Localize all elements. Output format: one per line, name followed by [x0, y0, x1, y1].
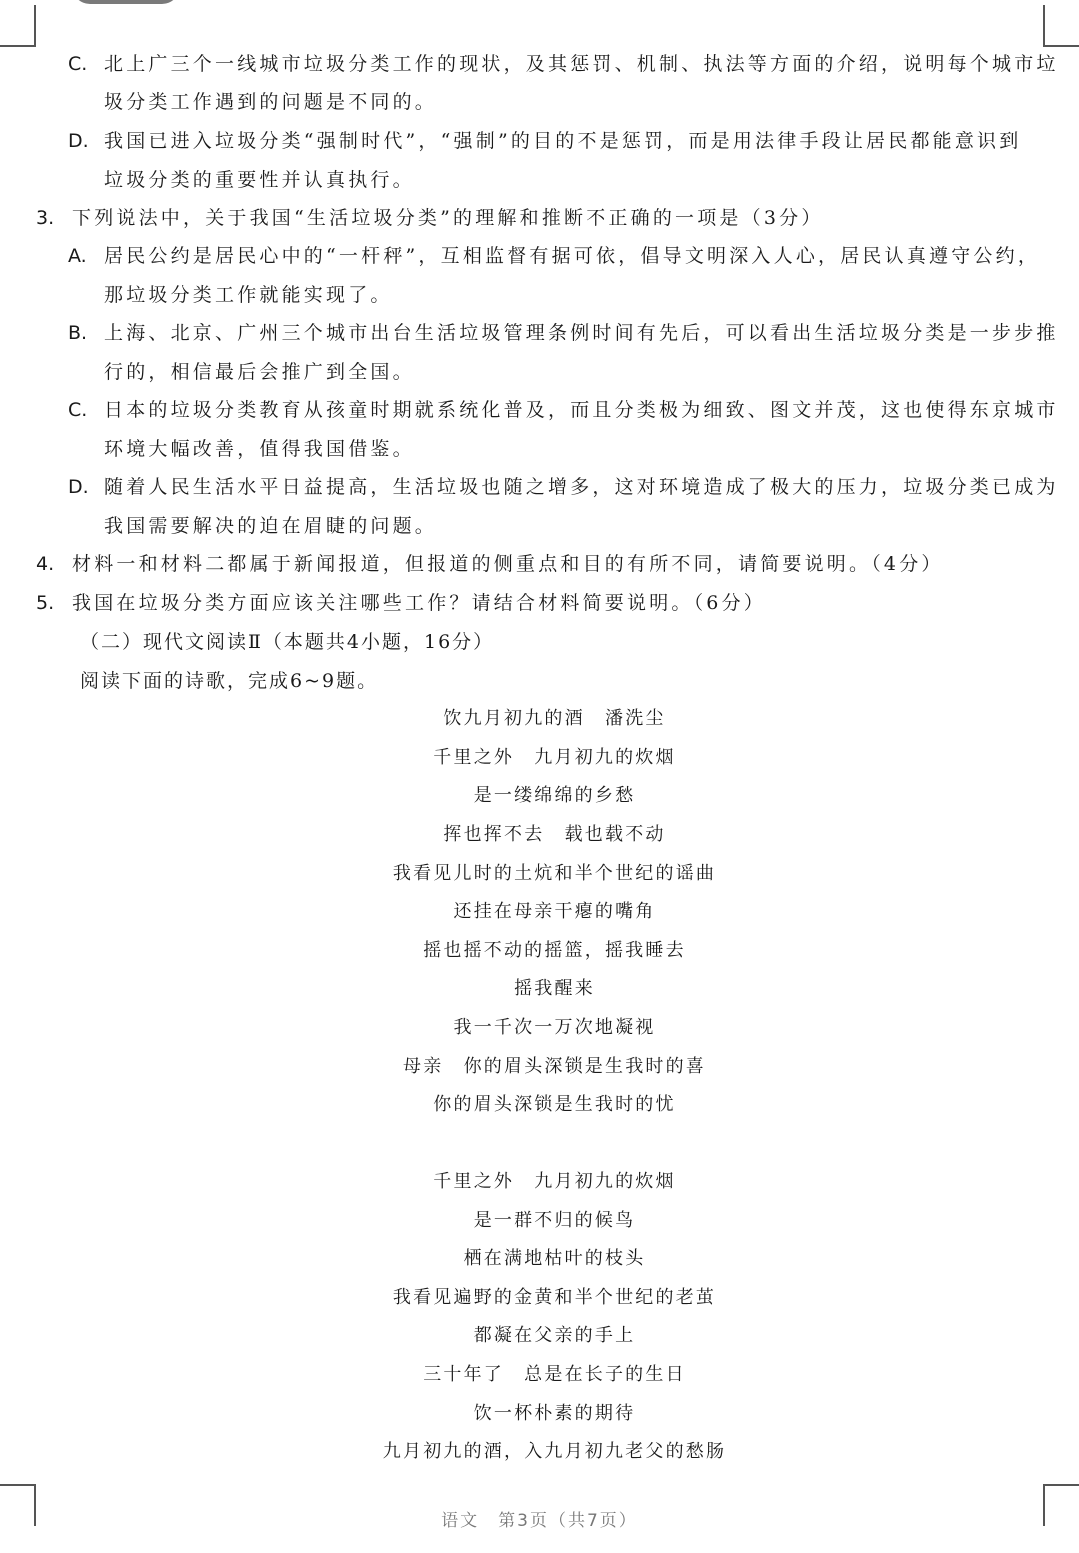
question-3-stem: 3.下列说法中，关于我国“生活垃圾分类”的理解和推断不正确的一项是（3分） — [36, 205, 824, 231]
option-label: A. — [68, 243, 104, 269]
option-text: 我国已进入垃圾分类“强制时代”，“强制”的目的不是惩罚，而是用法律手段让居民都能… — [104, 130, 1021, 152]
q3-option-b: B.上海、北京、广州三个城市出台生活垃圾管理条例时间有先后，可以看出生活垃圾分类… — [68, 320, 1059, 346]
crop-mark-top-left — [0, 5, 36, 47]
q2-option-c: C.北上广三个一线城市垃圾分类工作的现状，及其惩罚、机制、执法等方面的介绍，说明… — [68, 51, 1059, 77]
option-label: C. — [68, 51, 104, 77]
option-label: D. — [68, 474, 104, 500]
option-text: 上海、北京、广州三个城市出台生活垃圾管理条例时间有先后，可以看出生活垃圾分类是一… — [104, 322, 1059, 344]
option-label: B. — [68, 320, 104, 346]
poem-line: 摇也摇不动的摇篮，摇我睡去 — [0, 939, 1079, 963]
question-text: 我国在垃圾分类方面应该关注哪些工作？请结合材料简要说明。（6分） — [72, 592, 766, 614]
poem-line: 九月初九的酒，入九月初九老父的愁肠 — [0, 1440, 1079, 1464]
q2-option-c-cont: 圾分类工作遇到的问题是不同的。 — [104, 89, 437, 115]
question-number: 4. — [36, 551, 72, 577]
question-number: 5. — [36, 590, 72, 616]
poem-line: 你的眉头深锁是生我时的忧 — [0, 1093, 1079, 1117]
poem-line: 都凝在父亲的手上 — [0, 1324, 1079, 1348]
q3-option-d: D.随着人民生活水平日益提高，生活垃圾也随之增多，这对环境造成了极大的压力，垃圾… — [68, 474, 1059, 500]
section-heading: （二）现代文阅读Ⅱ（本题共4小题，16分） — [80, 629, 494, 655]
poem-line: 挥也挥不去 载也载不动 — [0, 823, 1079, 847]
poem-line: 还挂在母亲干瘪的嘴角 — [0, 900, 1079, 924]
option-text: 随着人民生活水平日益提高，生活垃圾也随之增多，这对环境造成了极大的压力，垃圾分类… — [104, 476, 1059, 498]
q3-option-a: A.居民公约是居民心中的“一杆秤”，互相监督有据可依，倡导文明深入人心，居民认真… — [68, 243, 1040, 269]
q3-option-a-cont: 那垃圾分类工作就能实现了。 — [104, 282, 393, 308]
top-scroll-handle — [72, 0, 180, 4]
poem-line: 是一群不归的候鸟 — [0, 1209, 1079, 1233]
poem-line: 千里之外 九月初九的炊烟 — [0, 746, 1079, 770]
poem-line: 千里之外 九月初九的炊烟 — [0, 1170, 1079, 1194]
q2-option-d: D.我国已进入垃圾分类“强制时代”，“强制”的目的不是惩罚，而是用法律手段让居民… — [68, 128, 1021, 154]
question-4: 4.材料一和材料二都属于新闻报道，但报道的侧重点和目的有所不同，请简要说明。（4… — [36, 551, 944, 577]
page-footer: 语文 第3页（共7页） — [0, 1506, 1079, 1531]
poem-line: 摇我醒来 — [0, 977, 1079, 1001]
poem-line: 我看见遍野的金黄和半个世纪的老茧 — [0, 1286, 1079, 1310]
option-text: 居民公约是居民心中的“一杆秤”，互相监督有据可依，倡导文明深入人心，居民认真遵守… — [104, 245, 1040, 267]
question-5: 5.我国在垃圾分类方面应该关注哪些工作？请结合材料简要说明。（6分） — [36, 590, 766, 616]
q3-option-c: C.日本的垃圾分类教育从孩童时期就系统化普及，而且分类极为细致、图文并茂，这也使… — [68, 397, 1059, 423]
poem-title: 饮九月初九的酒 潘洗尘 — [0, 707, 1079, 731]
option-label: D. — [68, 128, 104, 154]
option-text: 日本的垃圾分类教育从孩童时期就系统化普及，而且分类极为细致、图文并茂，这也使得东… — [104, 399, 1059, 421]
poem-line: 我一千次一万次地凝视 — [0, 1016, 1079, 1040]
q2-option-d-cont: 垃圾分类的重要性并认真执行。 — [104, 167, 415, 193]
option-text: 北上广三个一线城市垃圾分类工作的现状，及其惩罚、机制、执法等方面的介绍，说明每个… — [104, 53, 1059, 75]
poem-line: 母亲 你的眉头深锁是生我时的喜 — [0, 1055, 1079, 1079]
question-number: 3. — [36, 205, 72, 231]
q3-option-d-cont: 我国需要解决的迫在眉睫的问题。 — [104, 513, 437, 539]
poem-line: 三十年了 总是在长子的生日 — [0, 1363, 1079, 1387]
q3-option-c-cont: 环境大幅改善，值得我国借鉴。 — [104, 436, 415, 462]
poem-line: 饮一杯朴素的期待 — [0, 1402, 1079, 1426]
poem-line: 是一缕绵绵的乡愁 — [0, 784, 1079, 808]
question-text: 下列说法中，关于我国“生活垃圾分类”的理解和推断不正确的一项是（3分） — [72, 207, 824, 229]
poem-line: 栖在满地枯叶的枝头 — [0, 1247, 1079, 1271]
poem-line: 我看见儿时的土炕和半个世纪的谣曲 — [0, 862, 1079, 886]
question-text: 材料一和材料二都属于新闻报道，但报道的侧重点和目的有所不同，请简要说明。（4分） — [72, 553, 944, 575]
crop-mark-top-right — [1043, 5, 1079, 47]
section-instruction: 阅读下面的诗歌，完成6~9题。 — [80, 668, 378, 694]
option-label: C. — [68, 397, 104, 423]
q3-option-b-cont: 行的，相信最后会推广到全国。 — [104, 359, 415, 385]
